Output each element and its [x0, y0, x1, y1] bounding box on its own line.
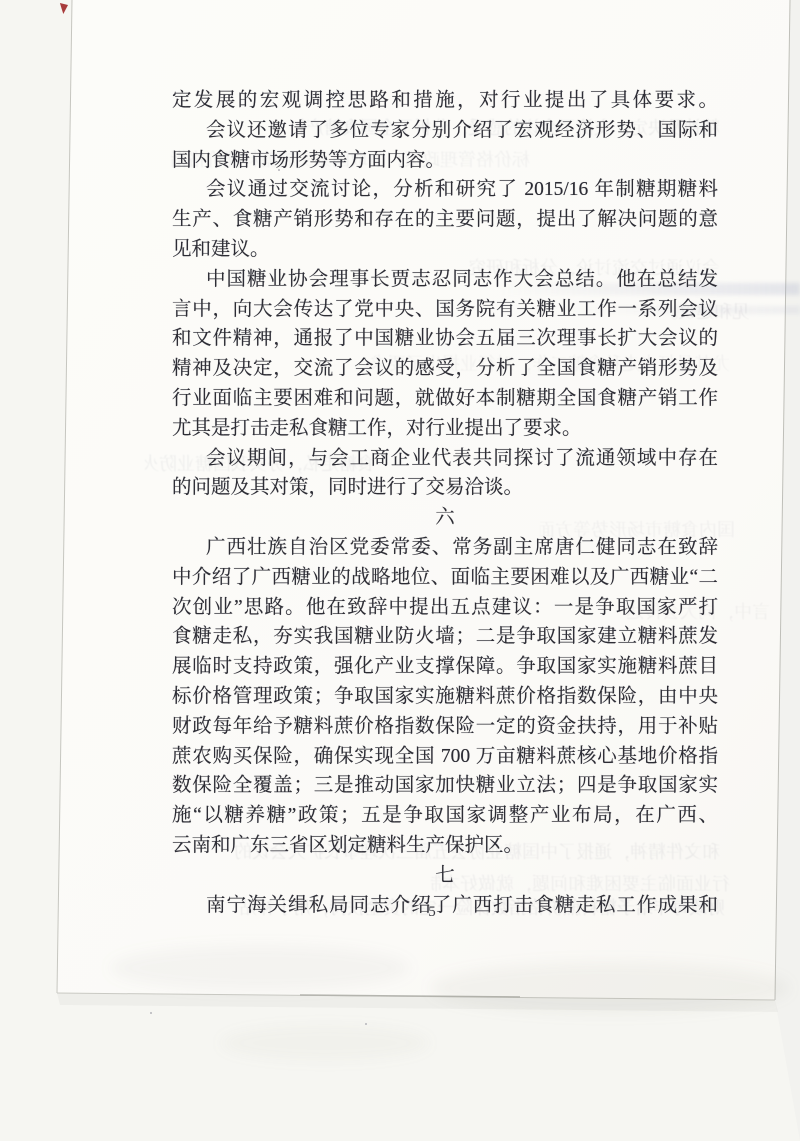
dust-speck: [365, 1023, 367, 1025]
text-line: 生产、食糖产销形势和存在的主要问题，提出了解决问题的意: [172, 205, 718, 235]
page-number: 5: [172, 904, 692, 921]
text-line: 食糖走私，夯实我国糖业防火墙；二是争取国家建立糖料蔗发: [172, 622, 718, 652]
text-line: 数保险全覆盖；三是推动国家加快糖业立法；四是争取国家实: [172, 771, 718, 801]
text-line: 见和建议。: [172, 235, 718, 265]
text-line: 中介绍了广西糖业的战略地位、面临主要困难以及广西糖业“二: [172, 563, 718, 593]
text-line: 蔗农购买保险，确保实现全国 700 万亩糖料蔗核心基地价格指: [172, 742, 718, 772]
text-line: 国内食糖市场形势等方面内容。: [172, 146, 718, 176]
text-line: 施“以糖养糖”政策；五是争取国家调整产业布局，在广西、: [172, 801, 718, 831]
text-line: 的问题及其对策，同时进行了交易洽谈。: [172, 473, 718, 503]
text-line: 标价格管理政策；争取国家实施糖料蔗价格指数保险，由中央: [172, 682, 718, 712]
dust-speck: [150, 1012, 152, 1014]
text-line: 和文件精神，通报了中国糖业协会五届三次理事长扩大会议的: [172, 324, 718, 354]
text-line: 精神及决定，交流了会议的感受，分析了全国食糖产销形势及: [172, 354, 718, 384]
document-text-block: 定发展的宏观调控思路和措施，对行业提出了具体要求。会议还邀请了多位专家分别介绍了…: [172, 86, 718, 920]
section-heading: 七: [172, 861, 718, 891]
text-line: 会议期间，与会工商企业代表共同探讨了流通领域中存在: [172, 444, 718, 474]
text-line: 会议还邀请了多位专家分别介绍了宏观经济形势、国际和: [172, 116, 718, 146]
text-line: 云南和广东三省区划定糖料生产保护区。: [172, 831, 718, 861]
text-line: 广西壮族自治区党委常委、常务副主席唐仁健同志在致辞: [172, 533, 718, 563]
text-line: 行业面临主要困难和问题，就做好本制糖期全国食糖产销工作: [172, 384, 718, 414]
text-line: 定发展的宏观调控思路和措施，对行业提出了具体要求。: [172, 86, 718, 116]
text-line: 中国糖业协会理事长贾志忍同志作大会总结。他在总结发: [172, 265, 718, 295]
text-line: 财政每年给予糖料蔗价格指数保险一定的资金扶持，用于补贴: [172, 712, 718, 742]
text-line: 次创业”思路。他在致辞中提出五点建议：一是争取国家严打: [172, 593, 718, 623]
text-line: 言中，向大会传达了党中央、国务院有关糖业工作一系列会议: [172, 295, 718, 325]
text-line: 展临时支持政策，强化产业支撑保障。争取国家实施糖料蔗目: [172, 652, 718, 682]
section-heading: 六: [172, 503, 718, 533]
text-line: 尤其是打击走私食糖工作，对行业提出了要求。: [172, 414, 718, 444]
text-line: 会议通过交流讨论，分析和研究了 2015/16 年制糖期糖料: [172, 175, 718, 205]
